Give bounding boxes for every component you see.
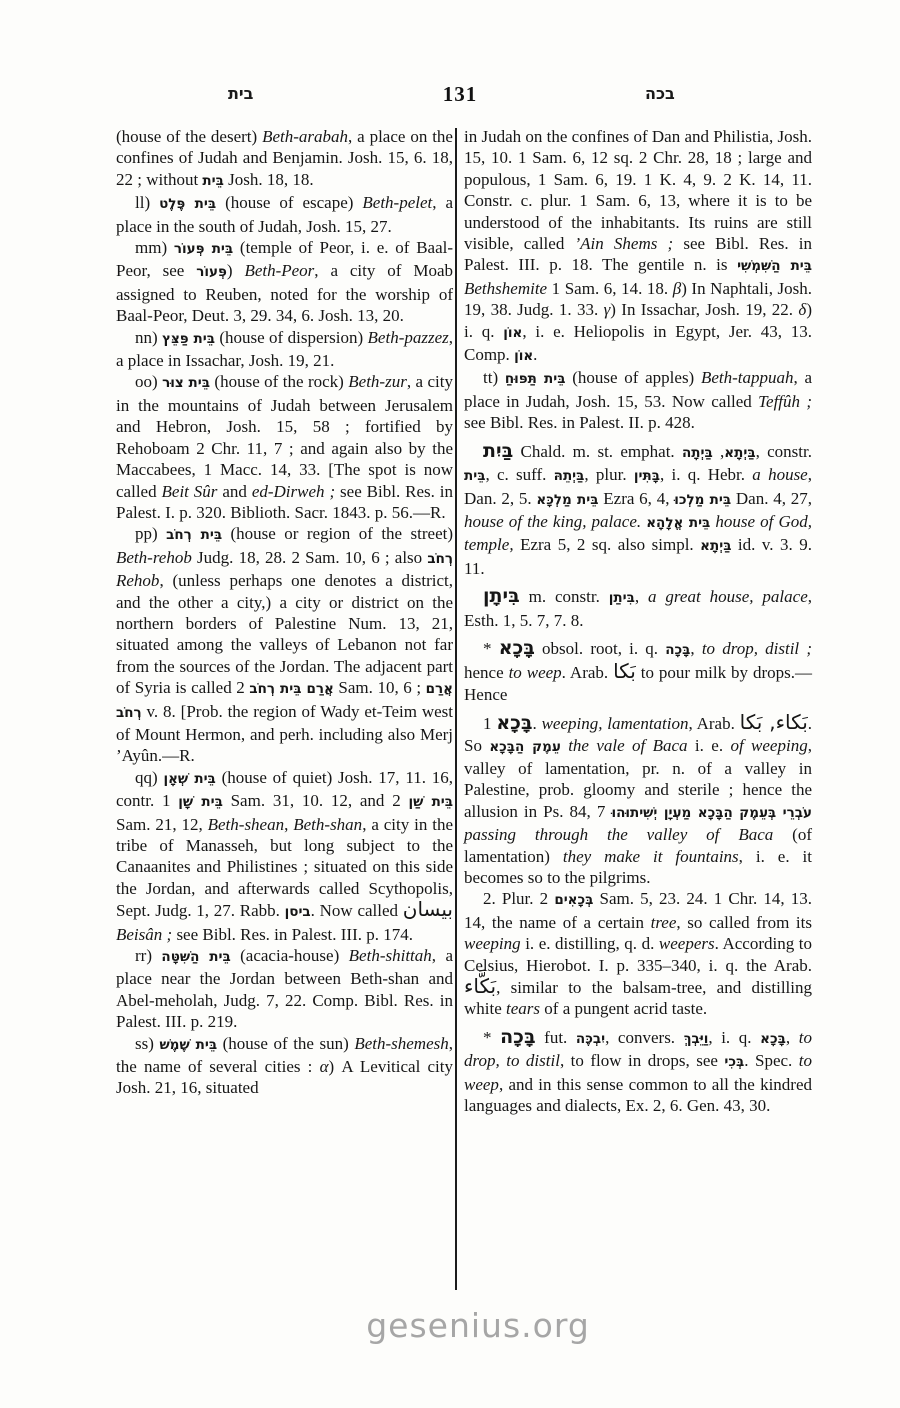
text: , Arab.	[689, 714, 740, 733]
italic-text: of weeping	[730, 736, 807, 755]
right-column: in Judah on the confines of Dan and Phil…	[464, 126, 812, 1116]
hebrew-text: בְּכִי	[724, 1054, 744, 1070]
text: , i. q.	[708, 1028, 760, 1047]
text: (acacia-house)	[231, 946, 349, 965]
hebrew-text: בְּכָאִים	[554, 892, 593, 908]
hebrew-text: בֵּית פֶּלֶט	[159, 196, 216, 212]
hebrew-text: בִּיתַן	[609, 590, 635, 606]
italic-text: Beth-shemesh	[354, 1034, 448, 1053]
text: .	[533, 345, 537, 364]
hebrew-text: בֵּית הַשִּׁמְשִׁי	[737, 258, 812, 274]
italic-text: Teffûh ;	[758, 392, 812, 411]
text: of a pungent acrid taste.	[540, 999, 707, 1018]
italic-text: a house	[752, 465, 807, 484]
arabic-text: بيسان	[403, 897, 453, 921]
paragraph: tt) בֵּית תַּפּוּחַ (house of apples) Be…	[464, 367, 812, 433]
italic-text: weepers	[659, 934, 715, 953]
text: Ezra 6, 4,	[598, 489, 674, 508]
hebrew-text: רְחֹב	[427, 551, 453, 567]
hebrew-headword: בָּכָה	[500, 1026, 535, 1048]
header-hebrew-left: בית	[228, 84, 253, 103]
column-divider	[455, 128, 457, 1290]
paragraph: oo) בֵּית צוּר (house of the rock) Beth-…	[116, 371, 453, 523]
text: ,	[635, 587, 648, 606]
italic-text: they make it fountains	[563, 847, 739, 866]
italic-text: Beth-arabah	[262, 127, 348, 146]
italic-text: Beth-shittah	[349, 946, 432, 965]
text: 1 Sam. 6, 14. 18.	[547, 279, 673, 298]
italic-text: house of the king, palace.	[464, 512, 641, 531]
text: ) In Issachar, Josh. 19, 22.	[610, 300, 798, 319]
hebrew-text: בֵּית	[464, 468, 485, 484]
text: ,	[713, 442, 725, 461]
italic-text: Beth-zur	[348, 372, 407, 391]
hebrew-text: אוֹן	[514, 348, 533, 364]
hebrew-text: בֵּית תַּפּוּחַ	[505, 371, 566, 387]
text: ss)	[135, 1034, 159, 1053]
text: . Now called	[311, 901, 403, 920]
hebrew-text: בֵּית שָׁן	[178, 794, 223, 810]
arabic-text: بَكاء, بَكا	[740, 710, 808, 734]
text: (house of the rock)	[210, 372, 348, 391]
paragraph: pp) בֵּית רְחֹב (house or region of the …	[116, 523, 453, 766]
hebrew-text: בֵּית שֶׁמֶשׁ	[159, 1037, 217, 1053]
italic-text: weeping	[464, 934, 521, 953]
italic-text: Beth-shan	[293, 815, 362, 834]
paragraph: nn) בֵּית פַּצֵּץ (house of dispersion) …	[116, 327, 453, 372]
hebrew-headword: בִּיתָן	[483, 585, 520, 607]
paragraph: mm) בֵּית פְּעוֹר (temple of Peor, i. e.…	[116, 237, 453, 327]
text: , plur.	[584, 465, 633, 484]
paragraph: בָּכָא 1. weeping, lamentation, Arab. بَ…	[464, 712, 812, 888]
text: , so called from its	[676, 913, 812, 932]
text: ll)	[135, 193, 159, 212]
hebrew-headword: בָּכָא	[496, 712, 532, 734]
text: 2. Plur.	[483, 889, 540, 908]
text: v. 8. [Prob. the region of Wady et-Teim …	[116, 702, 453, 766]
paragraph: 2. Plur. בְּכָאִים 2 Sam. 5, 23. 24. 1 C…	[464, 888, 812, 1019]
hebrew-text: בֵּית שְׁאָן	[163, 771, 215, 787]
italic-text: ed-Dirweh ;	[252, 482, 335, 501]
text: Josh. 18, 18.	[224, 170, 314, 189]
text: *	[483, 639, 499, 658]
text: obsol. root, i. q.	[535, 639, 665, 658]
text: tt)	[483, 368, 505, 387]
italic-text: passing through the valley of Baca	[464, 825, 773, 844]
arabic-text: بَكا	[613, 659, 636, 683]
text: )	[227, 261, 245, 280]
hebrew-text: בָּכָא	[760, 1031, 786, 1047]
text: ,	[786, 1028, 799, 1047]
hebrew-text: בָּתִּין	[634, 468, 660, 484]
italic-text: Rehob	[116, 571, 159, 590]
hebrew-text: בֵּית צוּר	[162, 375, 210, 391]
italic-text: ’Ain Shems ;	[574, 234, 673, 253]
hebrew-text: בֵּית שַׁן	[408, 794, 453, 810]
paragraph: rr) בֵּית הַשִּׁטָּה (acacia-house) Beth…	[116, 945, 453, 1033]
paragraph: qq) בֵּית שְׁאָן (house of quiet) Josh. …	[116, 767, 453, 945]
text: Chald. m. st. emphat.	[513, 442, 682, 461]
hebrew-text: בַּיְתֵהּ	[554, 468, 585, 484]
text: Judg. 18, 28. 2 Sam. 10, 6 ; also	[192, 548, 428, 567]
text: , i. q. Hebr.	[660, 465, 752, 484]
text: Ezra 5, 2 sq. also simpl.	[514, 535, 701, 554]
text: i. e.	[688, 736, 731, 755]
italic-text: Beth-pelet	[362, 193, 432, 212]
italic-text: Bethshemite	[464, 279, 547, 298]
text: *	[483, 1028, 500, 1047]
lexicon-page: בית 131 בכה (house of the desert) Beth-a…	[0, 0, 900, 1408]
italic-text: to weep	[509, 663, 562, 682]
text: fut.	[536, 1028, 576, 1047]
hebrew-text: בֵּית רְחֹב	[166, 527, 222, 543]
text: (house of apples)	[565, 368, 700, 387]
hebrew-text: יִבְכֶּה	[576, 1031, 605, 1047]
italic-text: weeping, lamentation	[542, 714, 689, 733]
text: mm)	[135, 238, 174, 257]
hebrew-text: אוֹן	[503, 325, 522, 341]
paragraph: ss) בֵּית שֶׁמֶשׁ (house of the sun) Bet…	[116, 1033, 453, 1099]
paragraph: ll) בֵּית פֶּלֶט (house of escape) Beth-…	[116, 192, 453, 237]
text: nn)	[135, 328, 162, 347]
italic-text: tears	[506, 999, 540, 1018]
hebrew-text: בָּכָה	[665, 642, 690, 658]
paragraph: * בָּכָה fut. יִבְכֶּה, convers. וַיֵּבְ…	[464, 1027, 812, 1117]
hebrew-text: וַיֵּבְךְּ	[684, 1031, 709, 1047]
text: i. e. distilling, q. d.	[521, 934, 659, 953]
text: , constr.	[756, 442, 812, 461]
text: . Spec.	[744, 1051, 799, 1070]
hebrew-text: בֵּית פַּצֵּץ	[162, 331, 215, 347]
hebrew-text: בֵּית מַלְכוּ	[674, 492, 731, 508]
italic-text: Beit Sûr	[162, 482, 218, 501]
text: see Bibl. Res. in Palest. II. p. 428.	[464, 413, 695, 432]
hebrew-text: בַּיְתָא	[724, 445, 755, 461]
italic-text: a great house, palace	[648, 587, 808, 606]
hebrew-text: בֵּית אֱלָהָא	[646, 515, 710, 531]
header-hebrew-right: בכה	[645, 84, 675, 103]
text: and	[217, 482, 251, 501]
paragraph: in Judah on the confines of Dan and Phil…	[464, 126, 812, 367]
italic-text: tree	[651, 913, 677, 932]
watermark: gesenius.org	[366, 1306, 590, 1345]
italic-text: Beth-tappuah	[701, 368, 794, 387]
text: , c. suff.	[485, 465, 553, 484]
arabic-text: بَكَّاء	[464, 974, 496, 998]
paragraph: בִּיתָן m. constr. בִּיתַן, a great hous…	[464, 586, 812, 631]
text: . Arab.	[562, 663, 613, 682]
italic-text: to drop, distil ;	[702, 639, 812, 658]
hebrew-headword: בָּכָא	[499, 637, 535, 659]
italic-text: Beth-rehob	[116, 548, 192, 567]
italic-text: the vale of Baca	[568, 736, 687, 755]
text: Dan. 4, 27,	[731, 489, 812, 508]
hebrew-text: בֵּית	[202, 173, 223, 189]
text: rr)	[135, 946, 161, 965]
text: , convers.	[605, 1028, 684, 1047]
text: , to flow in drops, see	[560, 1051, 724, 1070]
text: (house of escape)	[216, 193, 362, 212]
hebrew-text: בַּיְתָא	[700, 538, 731, 554]
left-column: (house of the desert) Beth-arabah, a pla…	[116, 126, 453, 1099]
text: oo)	[135, 372, 162, 391]
text: ,	[690, 639, 701, 658]
text: see Bibl. Res. in Palest. III. p. 174.	[172, 925, 413, 944]
paragraph: (house of the desert) Beth-arabah, a pla…	[116, 126, 453, 192]
hebrew-text: עֵמֶק הַבָּכָא	[489, 739, 561, 755]
text: m. constr.	[520, 587, 609, 606]
page-number: 131	[440, 82, 480, 107]
hebrew-text: ביסן	[285, 904, 311, 920]
text: (house of dispersion)	[215, 328, 368, 347]
text: (house of the desert)	[116, 127, 262, 146]
text: qq)	[135, 768, 163, 787]
italic-text: β	[673, 279, 681, 298]
text: pp)	[135, 524, 166, 543]
hebrew-text: אֲרַם בֵּית רְחֹב	[249, 681, 333, 697]
text: (house or region of the street)	[222, 524, 453, 543]
italic-text: α	[320, 1057, 329, 1076]
text: hence	[464, 663, 509, 682]
hebrew-text: פְּעוֹר	[196, 264, 227, 280]
text: (house of the sun)	[217, 1034, 354, 1053]
italic-text: Beth-pazzez	[368, 328, 449, 347]
hebrew-text: בַּיְתָה	[682, 445, 713, 461]
text: ,	[284, 815, 293, 834]
italic-text: Beth-Peor	[244, 261, 314, 280]
hebrew-headword: בַּיִת	[483, 440, 513, 462]
hebrew-text: עֹבְרֵי בְּעֵמֶק הַבָּכָא מַעְיָן יְשִׁי…	[611, 805, 812, 821]
hebrew-text: בֵּית הַשִּׁטָּה	[161, 949, 230, 965]
hebrew-text: בֵּית מַלְכָּא	[536, 492, 598, 508]
paragraph: בַּיִת Chald. m. st. emphat. בַּיְתָא, ב…	[464, 441, 812, 579]
italic-text: Beth-shean	[208, 815, 284, 834]
italic-text: Beisân ;	[116, 925, 172, 944]
hebrew-text: בֵּית פְּעוֹר	[174, 241, 233, 257]
paragraph: * בָּכָא obsol. root, i. q. בָּכָה, to d…	[464, 638, 812, 705]
text: , and in this sense common to all the ki…	[464, 1075, 812, 1115]
